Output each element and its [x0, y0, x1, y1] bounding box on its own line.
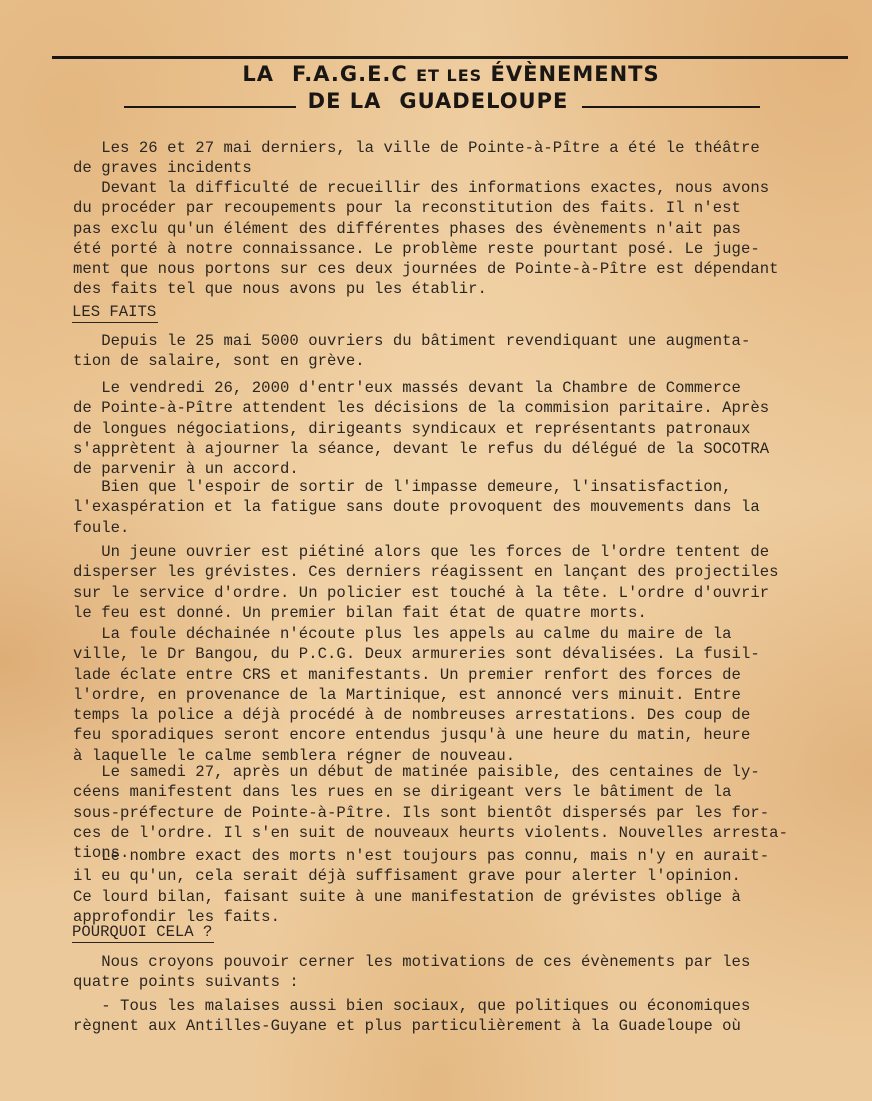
faits-paragraph-7: Le nombre exact des morts n'est toujours…: [73, 846, 853, 927]
faits-paragraph-1: Depuis le 25 mai 5000 ouvriers du bâtime…: [73, 331, 853, 372]
typewritten-page: LAF.A.G.E.C ET LES ÉVÈNEMENTS DE LAGUADE…: [0, 0, 872, 1101]
pourquoi-paragraph-2: - Tous les malaises aussi bien sociaux, …: [73, 996, 853, 1037]
title-et-les: ET LES: [416, 66, 482, 85]
intro-paragraph-1: Les 26 et 27 mai derniers, la ville de P…: [73, 138, 853, 179]
intro-paragraph-2: Devant la difficulté de recueillir des i…: [73, 178, 853, 300]
faits-paragraph-3: Bien que l'espoir de sortir de l'impasse…: [73, 477, 853, 538]
title-acronym: F.A.G.E.C: [292, 62, 408, 86]
title-de-la: DE LA: [308, 89, 382, 113]
title-word-la: LA: [242, 62, 274, 86]
faits-paragraph-4: Un jeune ouvrier est piétiné alors que l…: [73, 542, 853, 623]
section-heading-pourquoi-cela: POURQUOI CELA ?: [72, 922, 214, 943]
title-right-rule: [582, 106, 760, 108]
section-heading-les-faits: LES FAITS: [72, 302, 158, 323]
faits-paragraph-5: La foule déchainée n'écoute plus les app…: [73, 624, 853, 766]
title-guadeloupe: GUADELOUPE: [399, 89, 568, 113]
title-line-2: DE LAGUADELOUPE: [0, 89, 872, 113]
faits-paragraph-2: Le vendredi 26, 2000 d'entr'eux massés d…: [73, 378, 853, 479]
title-left-rule: [124, 106, 296, 108]
pourquoi-paragraph-1: Nous croyons pouvoir cerner les motivati…: [73, 952, 853, 993]
title-line-1: LAF.A.G.E.C ET LES ÉVÈNEMENTS: [0, 62, 872, 86]
top-rule: [52, 56, 848, 59]
title-evenements: ÉVÈNEMENTS: [491, 62, 660, 86]
